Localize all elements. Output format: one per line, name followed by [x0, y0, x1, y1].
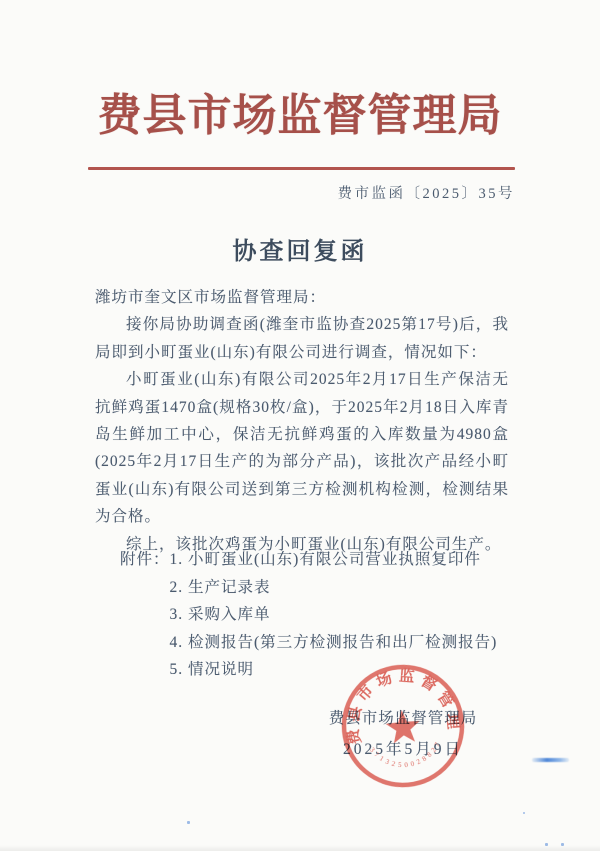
recipient-salutation: 潍坊市奎文区市场监督管理局：	[95, 284, 509, 311]
attachment-item-4: 4. 检测报告(第三方检测报告和出厂检测报告)	[170, 629, 498, 657]
blue-ink-mark	[532, 758, 569, 762]
body-paragraph-1: 接你局协助调查函(潍奎市监协查2025第17号)后，我局即到小町蛋业(山东)有限…	[95, 311, 509, 366]
attachment-item-3: 3. 采购入库单	[170, 601, 498, 629]
attachments-label: 附件：	[120, 546, 170, 574]
document-number: 费市监函〔2025〕35号	[338, 182, 516, 203]
scan-speck	[187, 821, 190, 824]
official-seal: 费县市场监督管理局 3713250028827	[335, 658, 472, 795]
scan-speck	[561, 843, 564, 846]
scan-speck	[545, 843, 548, 846]
seal-star-icon	[385, 709, 422, 744]
attachment-item-2: 2. 生产记录表	[170, 574, 498, 602]
scan-speck	[523, 812, 525, 814]
scanned-document-page: 费县市场监督管理局 费市监函〔2025〕35号 协查回复函 潍坊市奎文区市场监督…	[0, 0, 600, 851]
seal-code: 3713250028827	[367, 739, 444, 772]
letter-body: 潍坊市奎文区市场监督管理局： 接你局协助调查函(潍奎市监协查2025第17号)后…	[95, 284, 509, 558]
body-paragraph-2: 小町蛋业(山东)有限公司2025年2月17日生产保洁无抗鲜鸡蛋1470盒(规格3…	[95, 366, 509, 530]
attachment-item-1: 1. 小町蛋业(山东)有限公司营业执照复印件	[170, 546, 498, 574]
red-separator-line	[88, 167, 515, 170]
document-title: 协查回复函	[0, 231, 600, 266]
agency-letterhead: 费县市场监督管理局	[0, 94, 600, 138]
